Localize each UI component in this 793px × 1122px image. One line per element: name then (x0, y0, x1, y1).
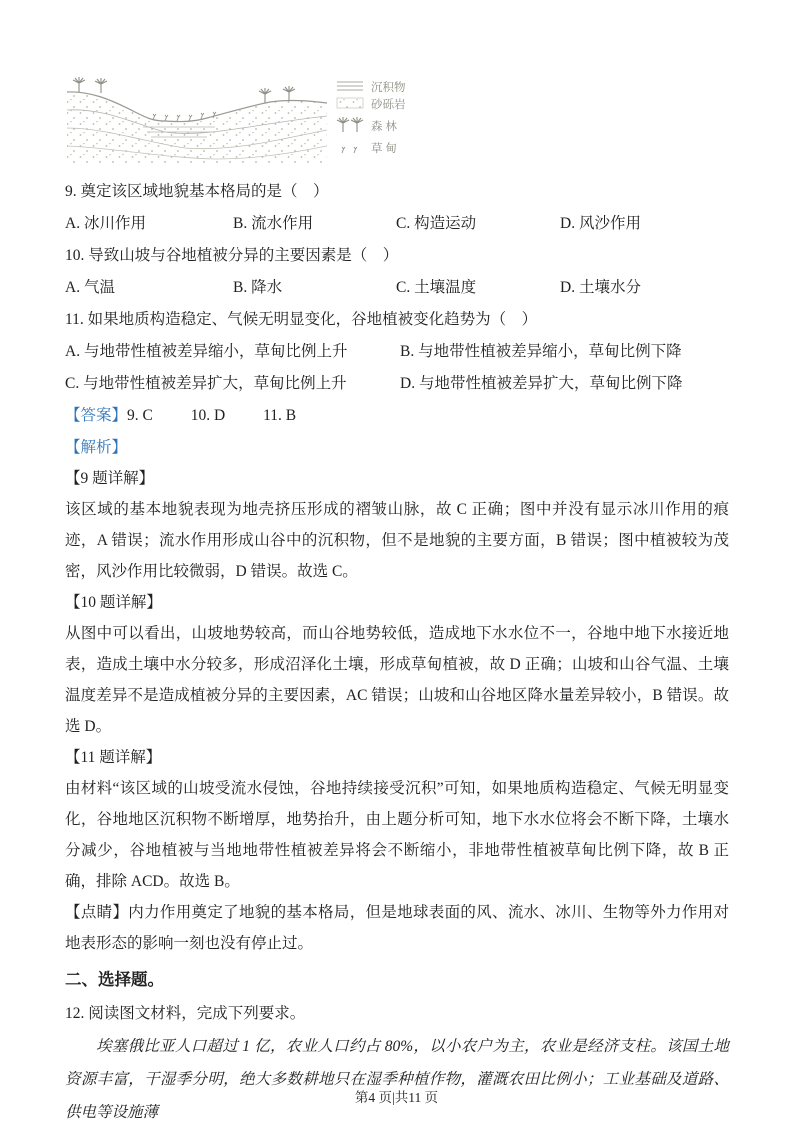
legend-symbol-sediment (337, 82, 363, 90)
q9-option-d: D. 风沙作用 (560, 208, 729, 240)
q10-option-c: C. 土壤温度 (396, 272, 560, 304)
tip-text: 内力作用奠定了地貌的基本格局，但是地球表面的风、流水、冰川、生物等外力作用对地表… (65, 904, 729, 952)
question-11-options-row2: C. 与地带性植被差异扩大，草甸比例上升 D. 与地带性植被差异扩大，草甸比例下… (65, 368, 729, 400)
answer-line: 【答案】9. C 10. D 11. B (65, 400, 729, 432)
q10-option-d: D. 土壤水分 (560, 272, 729, 304)
legend-label-sediment: 沉积物 (371, 80, 406, 94)
tip-paragraph: 【点睛】内力作用奠定了地貌的基本格局，但是地球表面的风、流水、冰川、生物等外力作… (65, 897, 729, 959)
terrain-body (67, 92, 327, 164)
question-9-options: A. 冰川作用 B. 流水作用 C. 构造运动 D. 风沙作用 (65, 208, 729, 240)
legend-label-forest: 森 林 (371, 119, 397, 133)
terrain-cross-section-figure: 沉积物 砂砾岩 森 林 草 甸 (65, 66, 421, 166)
analysis-marker: 【解析】 (65, 432, 729, 463)
question-12-material: 埃塞俄比亚人口超过 1 亿，农业人口约占 80%，以小农户为主，农业是经济支柱。… (65, 1030, 729, 1122)
q11-option-a: A. 与地带性植被差异缩小，草甸比例上升 (65, 336, 400, 368)
question-11-options-row1: A. 与地带性植被差异缩小，草甸比例上升 B. 与地带性植被差异缩小，草甸比例下… (65, 336, 729, 368)
question-9-stem: 9. 奠定该区域地貌基本格局的是（ ） (65, 176, 729, 208)
answer-q9: 9. C (127, 400, 153, 432)
q11-option-c: C. 与地带性植被差异扩大，草甸比例上升 (65, 368, 400, 400)
question-10-stem: 10. 导致山坡与谷地植被分异的主要因素是（ ） (65, 240, 729, 272)
tip-marker: 【点睛】 (65, 904, 128, 921)
answer-marker: 【答案】 (65, 407, 127, 424)
legend-symbol-rock (337, 98, 363, 108)
q9-option-c: C. 构造运动 (396, 208, 560, 240)
page-footer: 第4 页|共11 页 (0, 1086, 793, 1106)
question-12-intro: 12. 阅读图文材料，完成下列要求。 (65, 998, 729, 1030)
q11-option-b: B. 与地带性植被差异缩小，草甸比例下降 (400, 336, 729, 368)
answer-q11: 11. B (263, 400, 296, 432)
q9-option-b: B. 流水作用 (233, 208, 396, 240)
legend-symbol-meadow (342, 147, 357, 153)
question-11-stem: 11. 如果地质构造稳定、气候无明显变化，谷地植被变化趋势为（ ） (65, 304, 729, 336)
exam-page: 沉积物 砂砾岩 森 林 草 甸 9. 奠定该区域地貌基本格局的是（ ） A. 冰… (0, 0, 793, 1122)
question-10-options: A. 气温 B. 降水 C. 土壤温度 D. 土壤水分 (65, 272, 729, 304)
detail-10-text: 从图中可以看出，山坡地势较高，而山谷地势较低，造成地下水水位不一，谷地中地下水接… (65, 618, 729, 742)
legend-symbol-forest (337, 117, 363, 132)
detail-11-text: 由材料“该区域的山坡受流水侵蚀，谷地持续接受沉积”可知，如果地质构造稳定、气候无… (65, 773, 729, 897)
detail-11-heading: 【11 题详解】 (65, 742, 729, 773)
detail-9-heading: 【9 题详解】 (65, 463, 729, 494)
q10-option-a: A. 气温 (65, 272, 233, 304)
section-2-heading: 二、选择题。 (65, 961, 729, 998)
page-content: 沉积物 砂砾岩 森 林 草 甸 9. 奠定该区域地貌基本格局的是（ ） A. 冰… (0, 0, 793, 1122)
detail-9-text: 该区域的基本地貌表现为地壳挤压形成的褶皱山脉，故 C 正确；图中并没有显示冰川作… (65, 494, 729, 587)
answer-q10: 10. D (191, 400, 225, 432)
detail-10-heading: 【10 题详解】 (65, 587, 729, 618)
legend-label-meadow: 草 甸 (371, 141, 397, 155)
q11-option-d: D. 与地带性植被差异扩大，草甸比例下降 (400, 368, 729, 400)
legend-label-rock: 砂砾岩 (371, 97, 406, 111)
q9-option-a: A. 冰川作用 (65, 208, 233, 240)
figure-legend: 沉积物 砂砾岩 森 林 草 甸 (337, 80, 406, 155)
q10-option-b: B. 降水 (233, 272, 396, 304)
